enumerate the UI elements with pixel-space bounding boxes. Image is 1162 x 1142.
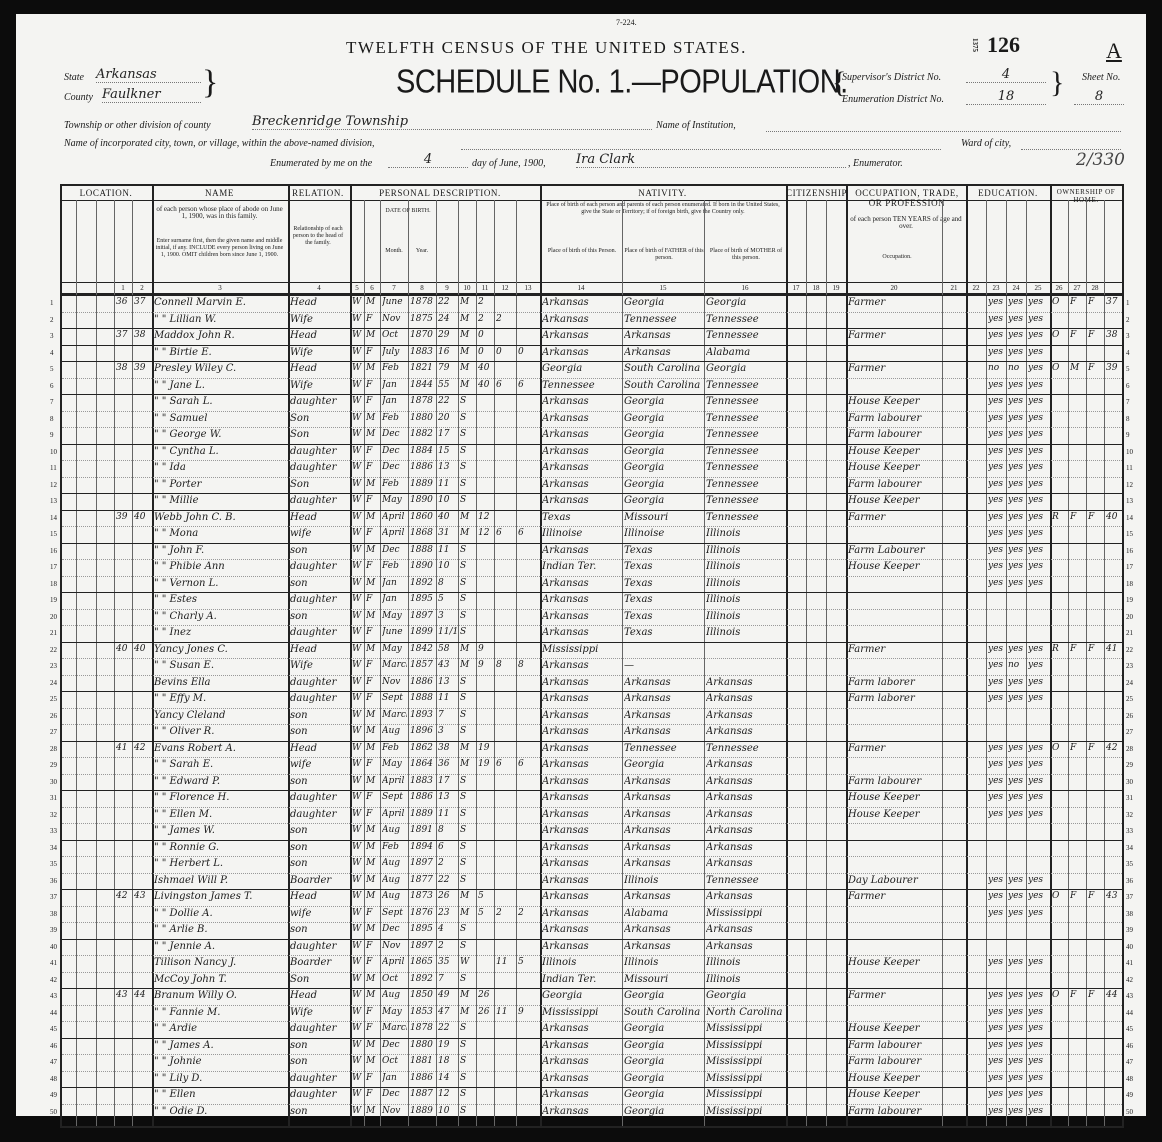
line-number: 39 xyxy=(1126,926,1133,934)
cell-pob: Arkansas xyxy=(542,842,621,853)
cell-color: W xyxy=(352,1007,363,1017)
cell-pob: Arkansas xyxy=(542,792,621,803)
cell-years-married: 26 xyxy=(478,1007,493,1017)
cell-pob: Arkansas xyxy=(542,858,621,869)
cell-pob-mother: Tennessee xyxy=(706,479,785,490)
name-subtitle: of each person whose place of abode on J… xyxy=(154,206,285,220)
cell-speak-english: yes xyxy=(1028,528,1049,538)
cell-pob: Arkansas xyxy=(542,479,621,490)
line-number: 20 xyxy=(50,613,57,621)
cell-marital: S xyxy=(460,710,475,720)
table-row: " " Birtie E.WifeWFJuly188316M000Arkansa… xyxy=(62,345,1122,363)
cell-can-read: yes xyxy=(988,545,1005,555)
cell-color: W xyxy=(352,825,363,835)
cell-can-write: yes xyxy=(1008,429,1025,439)
table-row: " " Vernon L.sonWMJan18928SArkansasTexas… xyxy=(62,576,1122,594)
cell-marital: M xyxy=(460,660,475,670)
cell-name: " " Ardie xyxy=(154,1023,287,1034)
cell-sex: F xyxy=(366,809,379,819)
line-number: 31 xyxy=(50,794,57,802)
stamp-number: 1375126 xyxy=(971,32,1020,58)
cell-can-read: yes xyxy=(988,1056,1005,1066)
cell-color: W xyxy=(352,644,363,654)
cell-month: March xyxy=(382,1023,407,1033)
cell-can-write: yes xyxy=(1008,462,1025,472)
line-number: 12 xyxy=(1126,481,1133,489)
cell-marital: M xyxy=(460,990,475,1000)
cell-relation: Head xyxy=(290,743,349,754)
column-number: 28 xyxy=(1086,284,1104,292)
cell-pob-mother: Mississippi xyxy=(706,1023,785,1034)
cell-pob: Arkansas xyxy=(542,413,621,424)
cell-pob-father: Arkansas xyxy=(624,693,703,704)
cell-age: 35 xyxy=(438,957,457,967)
cell-relation: son xyxy=(290,1056,349,1067)
line-number: 9 xyxy=(50,431,54,439)
cell-pob: Illinois xyxy=(542,957,621,968)
cell-age: 29 xyxy=(438,330,457,340)
line-number: 42 xyxy=(1126,976,1133,984)
cell-name: " " Dollie A. xyxy=(154,908,287,919)
cell-name: " " Millie xyxy=(154,495,287,506)
cell-pob-father: Georgia xyxy=(624,1040,703,1051)
cell-can-write: yes xyxy=(1008,545,1025,555)
cell-pob: Arkansas xyxy=(542,1023,621,1034)
cell-color: W xyxy=(352,1073,363,1083)
cell-family: 40 xyxy=(134,512,151,522)
cell-relation: daughter xyxy=(290,1073,349,1084)
cell-year: 1857 xyxy=(410,660,435,670)
cell-pob: Arkansas xyxy=(542,660,621,671)
line-number: 3 xyxy=(1126,332,1130,340)
cell-age: 43 xyxy=(438,660,457,670)
cell-age: 15 xyxy=(438,446,457,456)
cell-marital: S xyxy=(460,875,475,885)
cell-relation: daughter xyxy=(290,594,349,605)
line-number: 40 xyxy=(50,943,57,951)
cell-age: 47 xyxy=(438,1007,457,1017)
cell-year: 1892 xyxy=(410,974,435,984)
cell-relation: Wife xyxy=(290,1007,349,1018)
section-personal: PERSONAL DESCRIPTION. xyxy=(350,188,530,198)
cell-occupation: House Keeper xyxy=(848,809,941,820)
cell-speak-english: yes xyxy=(1028,809,1049,819)
cell-pob: Arkansas xyxy=(542,924,621,935)
cell-month: June xyxy=(382,297,407,307)
cell-year: 1842 xyxy=(410,644,435,654)
cell-can-write: yes xyxy=(1008,644,1025,654)
column-number: 9 xyxy=(436,284,458,292)
stamp-value: 126 xyxy=(987,32,1020,57)
cell-relation: wife xyxy=(290,908,349,919)
cell-owned-rented: O xyxy=(1052,363,1067,373)
cell-pob-father: South Carolina xyxy=(624,1007,703,1018)
cell-pob-father: Texas xyxy=(624,611,703,622)
cell-free-mortgaged: F xyxy=(1070,891,1085,901)
cell-pob-father: Texas xyxy=(624,627,703,638)
table-row: " " Ellen M.daughterWFApril188911SArkans… xyxy=(62,807,1122,825)
cell-pob-mother: Mississippi xyxy=(706,1106,785,1117)
cell-sex: F xyxy=(366,1089,379,1099)
cell-occupation: House Keeper xyxy=(848,446,941,457)
line-number: 29 xyxy=(50,761,57,769)
column-number: 25 xyxy=(1026,284,1050,292)
cell-color: W xyxy=(352,479,363,489)
enumeration-label: Enumeration District No. xyxy=(842,94,944,105)
cell-occupation: Farmer xyxy=(848,363,941,374)
cell-can-read: yes xyxy=(988,297,1005,307)
cell-name: " " Porter xyxy=(154,479,287,490)
cell-sex: F xyxy=(366,1023,379,1033)
cell-sex: M xyxy=(366,743,379,753)
cell-relation: Boarder xyxy=(290,875,349,886)
cell-children-born: 0 xyxy=(496,347,515,357)
column-number: 12 xyxy=(494,284,516,292)
cell-sex: F xyxy=(366,957,379,967)
cell-year: 1875 xyxy=(410,314,435,324)
cell-color: W xyxy=(352,1040,363,1050)
table-row: " " PorterSonWMFeb188911SArkansasGeorgia… xyxy=(62,477,1122,495)
form-number: 7-224. xyxy=(616,18,637,27)
cell-pob: Arkansas xyxy=(542,446,621,457)
cell-can-read: yes xyxy=(988,429,1005,439)
cell-pob: Arkansas xyxy=(542,776,621,787)
column-number: 13 xyxy=(516,284,540,292)
cell-family: 38 xyxy=(134,330,151,340)
cell-pob-father: Arkansas xyxy=(624,924,703,935)
cell-marital: S xyxy=(460,1023,475,1033)
cell-color: W xyxy=(352,578,363,588)
column-number: 15 xyxy=(622,284,704,292)
cell-pob-mother: Tennessee xyxy=(706,743,785,754)
cell-pob-father: Georgia xyxy=(624,1023,703,1034)
cell-sex: F xyxy=(366,693,379,703)
cell-month: April xyxy=(382,512,407,522)
line-number: 42 xyxy=(50,976,57,984)
cell-color: W xyxy=(352,891,363,901)
cell-sex: F xyxy=(366,594,379,604)
cell-speak-english: yes xyxy=(1028,677,1049,687)
line-number: 39 xyxy=(50,926,57,934)
cell-occupation: Farmer xyxy=(848,330,941,341)
cell-marital: S xyxy=(460,858,475,868)
cell-year: 1888 xyxy=(410,693,435,703)
cell-color: W xyxy=(352,429,363,439)
cell-pob-mother: Illinois xyxy=(706,578,785,589)
cell-month: Feb xyxy=(382,479,407,489)
cell-speak-english: yes xyxy=(1028,875,1049,885)
cell-family: 43 xyxy=(134,891,151,901)
cell-relation: daughter xyxy=(290,792,349,803)
cell-color: W xyxy=(352,842,363,852)
cell-family: 37 xyxy=(134,297,151,307)
cell-sex: M xyxy=(366,858,379,868)
line-number: 16 xyxy=(1126,547,1133,555)
cell-name: Tillison Nancy J. xyxy=(154,957,287,968)
cell-sex: M xyxy=(366,429,379,439)
cell-marital: S xyxy=(460,1056,475,1066)
cell-can-write: yes xyxy=(1008,1089,1025,1099)
cell-pob-father: Alabama xyxy=(624,908,703,919)
cell-children-living: 6 xyxy=(518,380,539,390)
corner-number: 2/330 xyxy=(1076,150,1125,170)
column-number: 21 xyxy=(942,284,966,292)
cell-can-read: yes xyxy=(988,314,1005,324)
table-row: " " Cyntha L.daughterWFDec188415SArkansa… xyxy=(62,444,1122,462)
cell-can-read: yes xyxy=(988,578,1005,588)
cell-pob-father: Georgia xyxy=(624,1106,703,1117)
cell-children-born: 6 xyxy=(496,528,515,538)
cell-dwelling: 43 xyxy=(116,990,131,1000)
cell-occupation: House Keeper xyxy=(848,495,941,506)
cell-name: " " Edward P. xyxy=(154,776,287,787)
cell-relation: daughter xyxy=(290,396,349,407)
cell-marital: M xyxy=(460,330,475,340)
cell-color: W xyxy=(352,660,363,670)
table-row: " " Jennie A.daughterWFNov18972SArkansas… xyxy=(62,939,1122,957)
cell-years-married: 9 xyxy=(478,660,493,670)
cell-age: 11 xyxy=(438,479,457,489)
cell-pob-mother: Tennessee xyxy=(706,413,785,424)
cell-relation: Wife xyxy=(290,347,349,358)
schedule-title: SCHEDULE No. 1.—POPULATION. xyxy=(396,64,848,102)
cell-pob-father: Texas xyxy=(624,578,703,589)
occupation-column-label: Occupation. xyxy=(852,254,942,261)
cell-speak-english: yes xyxy=(1028,479,1049,489)
county-label: County xyxy=(64,92,93,103)
cell-marital: M xyxy=(460,908,475,918)
cell-name: Livingston James T. xyxy=(154,891,287,902)
cell-name: Ishmael Will P. xyxy=(154,875,287,886)
cell-can-read: yes xyxy=(988,809,1005,819)
table-row: " " Ronnie G.sonWMFeb18946SArkansasArkan… xyxy=(62,840,1122,858)
line-number: 14 xyxy=(1126,514,1133,522)
cell-month: Nov xyxy=(382,677,407,687)
cell-age: 20 xyxy=(438,413,457,423)
cell-can-write: yes xyxy=(1008,330,1025,340)
enumeration-district: 18 xyxy=(966,89,1046,105)
cell-age: 79 xyxy=(438,363,457,373)
cell-marital: S xyxy=(460,462,475,472)
cell-year: 1884 xyxy=(410,446,435,456)
table-row: " " James A.sonWMDec188019SArkansasGeorg… xyxy=(62,1038,1122,1056)
cell-name: " " Estes xyxy=(154,594,287,605)
column-number: 18 xyxy=(806,284,826,292)
column-number: 11 xyxy=(476,284,494,292)
cell-pob: Arkansas xyxy=(542,495,621,506)
line-number: 36 xyxy=(1126,877,1133,885)
cell-can-read: yes xyxy=(988,330,1005,340)
cell-name: " " Arlie B. xyxy=(154,924,287,935)
cell-name: Evans Robert A. xyxy=(154,743,287,754)
cell-pob-father: Tennessee xyxy=(624,314,703,325)
city-value xyxy=(461,135,941,150)
cell-speak-english: yes xyxy=(1028,330,1049,340)
cell-age: 12 xyxy=(438,1089,457,1099)
cell-relation: Son xyxy=(290,429,349,440)
cell-occupation: Farm labourer xyxy=(848,429,941,440)
cell-family: 42 xyxy=(134,743,151,753)
cell-children-born: 2 xyxy=(496,908,515,918)
cell-occupation: Farm laborer xyxy=(848,693,941,704)
cell-year: 1844 xyxy=(410,380,435,390)
cell-pob: Arkansas xyxy=(542,743,621,754)
cell-month: Aug xyxy=(382,891,407,901)
line-number: 43 xyxy=(50,992,57,1000)
cell-marital: M xyxy=(460,380,475,390)
cell-sex: M xyxy=(366,924,379,934)
township-value: Breckenridge Township xyxy=(252,114,652,130)
line-number: 19 xyxy=(50,596,57,604)
nativity-subtitle: Place of birth of each person and parent… xyxy=(544,202,782,216)
cell-relation: daughter xyxy=(290,561,349,572)
cell-speak-english: yes xyxy=(1028,363,1049,373)
cell-relation: son xyxy=(290,545,349,556)
cell-can-write: yes xyxy=(1008,908,1025,918)
cell-pob-mother: Illinois xyxy=(706,528,785,539)
cell-name: " " James A. xyxy=(154,1040,287,1051)
cell-age: 40 xyxy=(438,512,457,522)
cell-month: Dec xyxy=(382,429,407,439)
cell-relation: wife xyxy=(290,528,349,539)
cell-month: Jan xyxy=(382,578,407,588)
cell-can-write: yes xyxy=(1008,413,1025,423)
cell-occupation: Farm Labourer xyxy=(848,545,941,556)
line-number: 17 xyxy=(50,563,57,571)
population-table: LOCATION. NAME of each person whose plac… xyxy=(60,184,1124,1128)
table-row: " " Herbert L.sonWMAug18972SArkansasArka… xyxy=(62,856,1122,874)
line-number: 7 xyxy=(50,398,54,406)
cell-owned-rented: O xyxy=(1052,743,1067,753)
cell-color: W xyxy=(352,545,363,555)
cell-pob-father: Georgia xyxy=(624,1073,703,1084)
column-number: 6 xyxy=(364,284,380,292)
cell-year: 1889 xyxy=(410,809,435,819)
cell-speak-english: yes xyxy=(1028,545,1049,555)
cell-occupation: Farm labourer xyxy=(848,1056,941,1067)
cell-marital: S xyxy=(460,561,475,571)
cell-pob-mother: Tennessee xyxy=(706,429,785,440)
cell-speak-english: yes xyxy=(1028,380,1049,390)
cell-name: " " Lily D. xyxy=(154,1073,287,1084)
cell-marital: W xyxy=(460,957,475,967)
cell-marital: M xyxy=(460,297,475,307)
cell-pob-father: South Carolina xyxy=(624,363,703,374)
cell-age: 22 xyxy=(438,297,457,307)
column-number: 7 xyxy=(380,284,408,292)
cell-year: 1891 xyxy=(410,825,435,835)
cell-relation: Wife xyxy=(290,380,349,391)
cell-can-read: yes xyxy=(988,446,1005,456)
cell-color: W xyxy=(352,512,363,522)
cell-year: 1890 xyxy=(410,495,435,505)
cell-pob: Illinoise xyxy=(542,528,621,539)
cell-children-born: 2 xyxy=(496,314,515,324)
cell-color: W xyxy=(352,611,363,621)
cell-can-read: yes xyxy=(988,759,1005,769)
line-number: 8 xyxy=(1126,415,1130,423)
cell-year: 1892 xyxy=(410,578,435,588)
cell-color: W xyxy=(352,693,363,703)
cell-can-read: yes xyxy=(988,891,1005,901)
cell-pob-father: Georgia xyxy=(624,1089,703,1100)
cell-marital: S xyxy=(460,941,475,951)
section-nativity: NATIVITY. xyxy=(540,188,785,198)
cell-dwelling: 42 xyxy=(116,891,131,901)
line-number: 12 xyxy=(50,481,57,489)
line-number: 20 xyxy=(1126,613,1133,621)
cell-sex: F xyxy=(366,677,379,687)
cell-children-living: 0 xyxy=(518,347,539,357)
column-number: 16 xyxy=(704,284,786,292)
cell-age: 11 xyxy=(438,545,457,555)
institution-label: Name of Institution, xyxy=(656,120,736,131)
cell-color: W xyxy=(352,875,363,885)
cell-speak-english: yes xyxy=(1028,1106,1049,1116)
cell-year: 1881 xyxy=(410,1056,435,1066)
cell-age: 23 xyxy=(438,908,457,918)
cell-name: Connell Marvin E. xyxy=(154,297,287,308)
table-row: " " MonawifeWFApril186831M1266IllinoiseI… xyxy=(62,526,1122,544)
cell-age: 16 xyxy=(438,347,457,357)
cell-pob: Arkansas xyxy=(542,578,621,589)
table-row: 3637Connell Marvin E.HeadWMJune187822M2A… xyxy=(62,295,1122,313)
column-number: 20 xyxy=(846,284,942,292)
cell-pob-father: — xyxy=(624,660,703,671)
cell-children-born: 8 xyxy=(496,660,515,670)
cell-marital: S xyxy=(460,693,475,703)
cell-pob: Arkansas xyxy=(542,759,621,770)
cell-speak-english: yes xyxy=(1028,429,1049,439)
cell-year: 1868 xyxy=(410,528,435,538)
cell-can-read: yes xyxy=(988,1106,1005,1116)
line-number: 23 xyxy=(1126,662,1133,670)
cell-color: W xyxy=(352,792,363,802)
line-number: 17 xyxy=(1126,563,1133,571)
cell-children-born: 11 xyxy=(496,1007,515,1017)
cell-pob-mother: Tennessee xyxy=(706,314,785,325)
cell-month: Aug xyxy=(382,825,407,835)
cell-year: 1873 xyxy=(410,891,435,901)
cell-years-married: 40 xyxy=(478,380,493,390)
column-number: 27 xyxy=(1068,284,1086,292)
cell-name: " " Florence H. xyxy=(154,792,287,803)
cell-pob-father: Georgia xyxy=(624,429,703,440)
cell-can-read: yes xyxy=(988,792,1005,802)
cell-relation: daughter xyxy=(290,495,349,506)
cell-marital: S xyxy=(460,594,475,604)
cell-color: W xyxy=(352,1023,363,1033)
ward-value xyxy=(1021,135,1121,150)
cell-month: Sept xyxy=(382,792,407,802)
column-number: 22 xyxy=(966,284,986,292)
section-citizenship: CITIZENSHIP. xyxy=(786,188,844,198)
cell-pob-father: Georgia xyxy=(624,1056,703,1067)
cell-name: " " Ida xyxy=(154,462,287,473)
cell-farm-house: F xyxy=(1088,330,1103,340)
table-row: " " George W.SonWMDec188217SArkansasGeor… xyxy=(62,427,1122,445)
cell-children-living: 2 xyxy=(518,908,539,918)
table-row: " " Jane L.WifeWFJan184455M4066Tennessee… xyxy=(62,378,1122,396)
line-number: 35 xyxy=(50,860,57,868)
cell-sex: F xyxy=(366,495,379,505)
cell-occupation: Farm labourer xyxy=(848,1106,941,1117)
line-number: 27 xyxy=(1126,728,1133,736)
cell-color: W xyxy=(352,990,363,1000)
cell-sex: M xyxy=(366,413,379,423)
cell-speak-english: yes xyxy=(1028,396,1049,406)
cell-month: Oct xyxy=(382,974,407,984)
